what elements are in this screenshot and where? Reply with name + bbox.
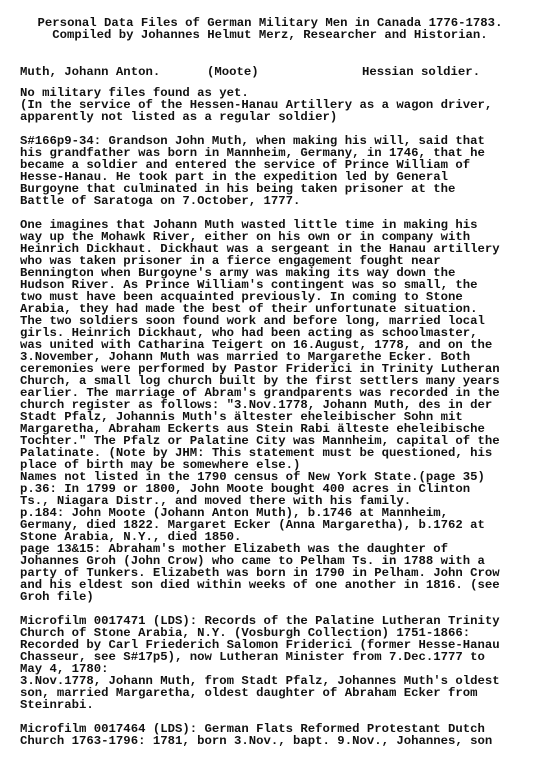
text-line: Groh file) <box>20 591 530 603</box>
paragraph: Microfilm 0017464 (LDS): German Flats Re… <box>20 723 530 747</box>
text-line: Steinrabi. <box>20 699 530 711</box>
subject-name: Muth, Johann Anton. <box>20 66 160 78</box>
text-line: Battle of Saratoga on 7.October, 1777. <box>20 195 530 207</box>
document-header: Personal Data Files of German Military M… <box>0 17 540 41</box>
subject-category: Hessian soldier. <box>362 66 480 78</box>
paragraph: One imagines that Johann Muth wasted lit… <box>20 219 530 603</box>
document-page: Personal Data Files of German Military M… <box>0 0 540 764</box>
paragraph: Microfilm 0017471 (LDS): Records of the … <box>20 615 530 711</box>
text-line: Church 1763-1796: 1781, born 3.Nov., bap… <box>20 735 530 747</box>
paragraph: S#166p9-34: Grandson John Muth, when mak… <box>20 135 530 207</box>
text-line: son, married Margaretha, oldest daughter… <box>20 687 530 699</box>
subject-row: Muth, Johann Anton. (Moote) Hessian sold… <box>20 66 520 78</box>
text-line: and his eldest son died within weeks of … <box>20 579 530 591</box>
text-line: apparently not listed as a regular soldi… <box>20 111 530 123</box>
subject-alias: (Moote) <box>207 66 259 78</box>
document-subtitle: Compiled by Johannes Helmut Merz, Resear… <box>0 29 540 41</box>
document-body: No military files found as yet.(In the s… <box>20 87 530 759</box>
paragraph: No military files found as yet.(In the s… <box>20 87 530 123</box>
